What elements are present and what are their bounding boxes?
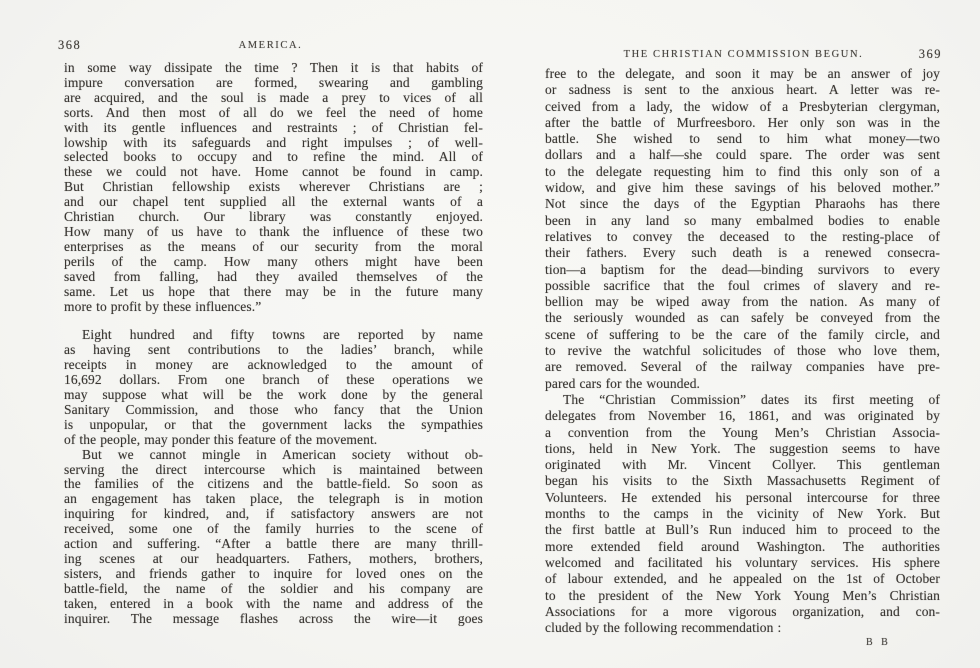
text-line: cluded by the following recommendation : [545, 620, 940, 636]
text-line: But Christian fellowship exists wherever… [64, 180, 483, 195]
text-line: an engagement has taken place, the teleg… [64, 492, 483, 507]
text-line: dollars and a half—she could spare. The … [545, 147, 940, 163]
text-line: enterprises as the means of our security… [64, 240, 483, 255]
text-line: The “Christian Commission” dates its fir… [545, 392, 940, 408]
text-line: more to profit by these influences.” [64, 300, 483, 315]
text-line: of the people, may ponder this feature o… [64, 433, 483, 448]
text-line: to the delegate requesting him to find t… [545, 164, 940, 180]
text-line: been in any land so many embalmed bodies… [545, 213, 940, 229]
text-line: are removed. Several of the railway comp… [545, 359, 940, 375]
right-page-text: free to the delegate, and soon it may be… [545, 66, 940, 636]
text-line: Sanitary Commission, and those who fancy… [64, 403, 483, 418]
text-line: receipts in money are acknowledged to th… [64, 358, 483, 373]
text-line: saved from falling, had they availed the… [64, 270, 483, 285]
text-line: these we could not have. Home cannot be … [64, 165, 483, 180]
right-page-number: 369 [919, 47, 942, 62]
left-running-header: AMERICA. [239, 40, 303, 51]
text-line: action and suffering. “After a battle th… [64, 537, 483, 552]
paragraph: The “Christian Commission” dates its fir… [545, 392, 940, 636]
text-line: pared cars for the wounded. [545, 376, 940, 392]
text-line: Eight hundred and fifty towns are report… [64, 328, 483, 343]
text-line: lowship with its safeguards and right im… [64, 136, 483, 151]
left-page-number: 368 [58, 38, 81, 53]
text-line: or sadness is sent to the anxious heart.… [545, 82, 940, 98]
text-line: impure conversation are formed, swearing… [64, 76, 483, 91]
text-line: a convention from the Young Men’s Christ… [545, 425, 940, 441]
text-line: possible sacrifice that the foul crimes … [545, 278, 940, 294]
right-running-header: THE CHRISTIAN COMMISSION BEGUN. [624, 49, 864, 60]
text-line: But we cannot mingle in American society… [64, 448, 483, 463]
text-line: Christian church. Our library was consta… [64, 210, 483, 225]
text-line: the first battle at Bull’s Run induced h… [545, 522, 940, 538]
text-line: more extended field around Washington. T… [545, 539, 940, 555]
text-line: is unpopular, or that the government lac… [64, 418, 483, 433]
text-line: battle. She wished to send to him what m… [545, 131, 940, 147]
text-line: widow, and give him these savings of his… [545, 180, 940, 196]
book-scan-spread: 368 AMERICA. THE CHRISTIAN COMMISSION BE… [0, 0, 980, 668]
text-line: serving the direct intercourse which is … [64, 463, 483, 478]
text-line: of labour extended, and he appealed on t… [545, 571, 940, 587]
text-line: their fathers. Every such death is a ren… [545, 245, 940, 261]
text-line: perils of the camp. How many others migh… [64, 255, 483, 270]
text-line: began his visits to the Sixth Massachuse… [545, 473, 940, 489]
text-line: bellion may be wiped away from the natio… [545, 294, 940, 310]
text-line: selected books to occupy and to refine t… [64, 150, 483, 165]
left-page-text: in some way dissipate the time ? Then it… [64, 61, 483, 627]
text-line: originated with Mr. Vincent Collyer. Thi… [545, 457, 940, 473]
text-line: sorts. And then most of all do we feel t… [64, 106, 483, 121]
text-line: ing scenes at our headquarters. Fathers,… [64, 552, 483, 567]
left-page-header: 368 AMERICA. [58, 40, 483, 51]
text-line: battle-field, the name of the soldier an… [64, 582, 483, 597]
text-line: Volunteers. He extended his personal int… [545, 490, 940, 506]
text-line: free to the delegate, and soon it may be… [545, 66, 940, 82]
text-line: received, some one of the family hurries… [64, 522, 483, 537]
right-page-header: THE CHRISTIAN COMMISSION BEGUN. 369 [545, 49, 942, 60]
text-line: to revive the watchful solicitudes of th… [545, 343, 940, 359]
text-line: relatives to convey the deceased to the … [545, 229, 940, 245]
text-line: in some way dissipate the time ? Then it… [64, 61, 483, 76]
text-line: Associations for a more vigorous organiz… [545, 604, 940, 620]
text-line: ceived from a lady, the widow of a Presb… [545, 99, 940, 115]
text-line: How many of us have to thank the influen… [64, 225, 483, 240]
text-line: months to the camps in the vicinity of N… [545, 506, 940, 522]
text-line: tions, held in New York. The suggestion … [545, 441, 940, 457]
text-line: the families of the citizens and the bat… [64, 477, 483, 492]
paragraph: free to the delegate, and soon it may be… [545, 66, 940, 392]
text-line: same. Let us hope that there may be in t… [64, 285, 483, 300]
paragraph: But we cannot mingle in American society… [64, 448, 483, 627]
paragraph: in some way dissipate the time ? Then it… [64, 61, 483, 314]
printer-signature-mark: B B [866, 637, 891, 648]
text-line: may suppose what will be the work done b… [64, 388, 483, 403]
text-line: delegates from November 16, 1861, and wa… [545, 408, 940, 424]
text-line: to the president of the New York Young M… [545, 588, 940, 604]
text-line: with its gentle influences and restraint… [64, 121, 483, 136]
paragraph: Eight hundred and fifty towns are report… [64, 328, 483, 447]
text-line: 16,692 dollars. From one branch of these… [64, 373, 483, 388]
text-line: inquiring for kindred, and, if satisfact… [64, 507, 483, 522]
text-line: sisters, and friends gather to inquire f… [64, 567, 483, 582]
text-line: taken, entered in a book with the name a… [64, 597, 483, 612]
text-line: and our chapel tent supplied all the ext… [64, 195, 483, 210]
text-line: welcomed and facilitated his voluntary s… [545, 555, 940, 571]
text-line: the seriously wounded as can safely be c… [545, 310, 940, 326]
text-line: Not since the days of the Egyptian Phara… [545, 196, 940, 212]
text-line: scene of suffering to be the care of the… [545, 327, 940, 343]
text-line: inquirer. The message flashes across the… [64, 612, 483, 627]
text-line: as having sent contributions to the ladi… [64, 343, 483, 358]
text-line: tion—a baptism for the dead—binding surv… [545, 262, 940, 278]
text-line: after the battle of Murfreesboro. Her on… [545, 115, 940, 131]
text-line: are acquired, and the soul is made a pre… [64, 91, 483, 106]
